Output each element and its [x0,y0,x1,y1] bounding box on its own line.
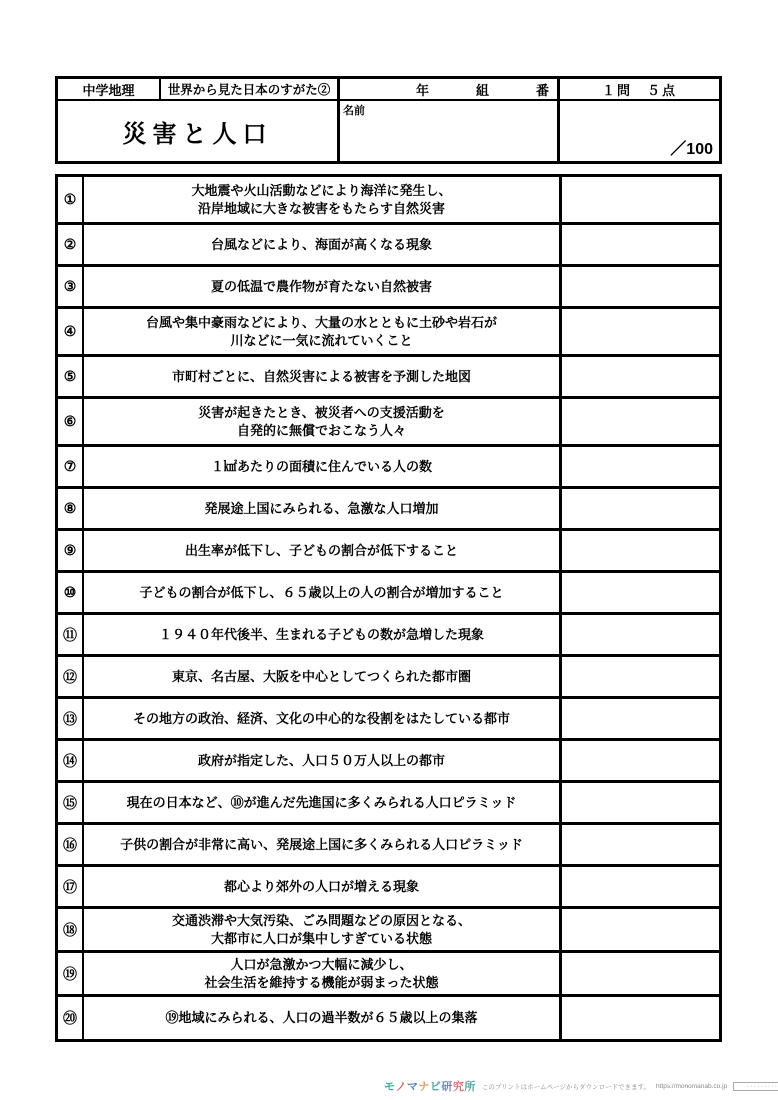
question-row: ⑦ １㎢あたりの面積に住んでいる人の数 [58,447,719,489]
question-text-line: 政府が指定した、人口５０万人以上の都市 [198,752,445,770]
answer-cell[interactable] [562,447,719,486]
answer-cell[interactable] [562,489,719,528]
question-number: ⑦ [58,447,84,486]
question-text: 夏の低温で農作物が育たない自然被害 [84,267,562,306]
header-bottom-row: 災害と人口 名前 ／100 [58,101,719,161]
footer-content: モノマナビ研究所 このプリントはホームページからダウンロードできます。 http… [384,1078,778,1094]
question-text: 災害が起きたとき、被災者への支援活動を自発的に無償でおこなう人々 [84,399,562,444]
page-footer: モノマナビ研究所 このプリントはホームページからダウンロードできます。 http… [0,1078,778,1098]
question-text: 子供の割合が非常に高い、発展途上国に多くみられる人口ピラミッド [84,825,562,864]
answer-cell[interactable] [562,399,719,444]
question-text-line: 市町村ごとに、自然災害による被害を予測した地図 [172,368,471,386]
answer-cell[interactable] [562,615,719,654]
question-number: ⑪ [58,615,84,654]
answer-cell[interactable] [562,531,719,570]
question-row: ⑧ 発展途上国にみられる、急激な人口増加 [58,489,719,531]
publisher-logo-char: マ [407,1081,419,1093]
questions-table-body: ① 大地震や火山活動などにより海洋に発生し、沿岸地域に大きな被害をもたらす自然災… [58,177,719,1039]
question-text: その地方の政治、経済、文化の中心的な役割をはたしている都市 [84,699,562,738]
question-number: ⑬ [58,699,84,738]
questions-table: ① 大地震や火山活動などにより海洋に発生し、沿岸地域に大きな被害をもたらす自然災… [55,174,722,1042]
answer-cell[interactable] [562,699,719,738]
question-number: ⑫ [58,657,84,696]
subject-label: 中学地理 [58,79,161,99]
question-row: ⑩ 子どもの割合が低下し、６５歳以上の人の割合が増加すること [58,573,719,615]
question-text-line: ⑲地域にみられる、人口の過半数が６５歳以上の集落 [165,1009,477,1027]
question-text: 交通渋滞や大気汚染、ごみ問題などの原因となる、大都市に人口が集中しすぎている状態 [84,909,562,950]
footer-note: このプリントはホームページからダウンロードできます。 [482,1082,650,1091]
question-number: ⑭ [58,741,84,780]
question-text-line: 社会生活を維持する機能が弱まった状態 [204,974,438,992]
question-row: ⑨ 出生率が低下し、子どもの割合が低下すること [58,531,719,573]
worksheet-title: 災害と人口 [58,101,340,161]
question-text: 人口が急激かつ大幅に減少し、社会生活を維持する機能が弱まった状態 [84,953,562,994]
answer-cell[interactable] [562,573,719,612]
question-text: ⑲地域にみられる、人口の過半数が６５歳以上の集落 [84,997,562,1039]
question-text-line: 人口が急激かつ大幅に減少し、 [230,956,412,974]
publisher-logo-char: 所 [464,1081,476,1093]
question-number: ⑧ [58,489,84,528]
unit-label: 世界から見た日本のすがた② [161,79,340,99]
answer-cell[interactable] [562,309,719,354]
question-text-line: 災害が起きたとき、被災者への支援活動を [198,404,444,422]
question-row: ① 大地震や火山活動などにより海洋に発生し、沿岸地域に大きな被害をもたらす自然災… [58,177,719,225]
question-text-line: 東京、名古屋、大阪を中心としてつくられた都市圏 [172,668,471,686]
question-number: ⑳ [58,997,84,1039]
question-number: ① [58,177,84,222]
question-row: ③ 夏の低温で農作物が育たない自然被害 [58,267,719,309]
answer-cell[interactable] [562,825,719,864]
header-top-row: 中学地理 世界から見た日本のすがた② 年 組 番 １問 ５点 [58,79,719,101]
question-number: ⑨ [58,531,84,570]
publisher-logo: モノマナビ研究所 [384,1078,476,1094]
answer-cell[interactable] [562,267,719,306]
question-number: ⑥ [58,399,84,444]
publisher-logo-char: ナ [418,1081,430,1093]
question-row: ⑳ ⑲地域にみられる、人口の過半数が６５歳以上の集落 [58,997,719,1039]
answer-cell[interactable] [562,953,719,994]
question-text-line: 台風や集中豪雨などにより、大量の水とともに土砂や岩石が [146,314,497,332]
question-text: 現在の日本など、⑩が進んだ先進国に多くみられる人口ピラミッド [84,783,562,822]
question-text-line: 出生率が低下し、子どもの割合が低下すること [185,542,458,560]
question-row: ④ 台風や集中豪雨などにより、大量の水とともに土砂や岩石が川などに一気に流れてい… [58,309,719,357]
answer-cell[interactable] [562,357,719,396]
question-text-line: 台風などにより、海面が高くなる現象 [211,236,432,254]
name-label: 名前 [343,102,365,118]
points-label: １問 ５点 [560,79,719,99]
question-number: ③ [58,267,84,306]
publisher-logo-char: モ [384,1081,395,1093]
publisher-logo-char: ビ [430,1081,442,1093]
question-number: ⑩ [58,573,84,612]
question-text: 都心より郊外の人口が増える現象 [84,867,562,906]
question-text: １９４０年代後半、生まれる子どもの数が急増した現象 [84,615,562,654]
question-text: １㎢あたりの面積に住んでいる人の数 [84,447,562,486]
question-text: 発展途上国にみられる、急激な人口増加 [84,489,562,528]
answer-cell[interactable] [562,909,719,950]
question-text-line: 自発的に無償でおこなう人々 [237,422,406,440]
question-text-line: １㎢あたりの面積に住んでいる人の数 [211,458,432,476]
question-text-line: 都心より郊外の人口が増える現象 [224,878,419,896]
question-text: 台風などにより、海面が高くなる現象 [84,225,562,264]
question-text-line: 現在の日本など、⑩が進んだ先進国に多くみられる人口ピラミッド [127,794,517,812]
question-number: ⑯ [58,825,84,864]
question-text-line: 川などに一気に流れていくこと [230,332,412,350]
question-number: ⑱ [58,909,84,950]
question-text-line: 夏の低温で農作物が育たない自然被害 [211,278,432,296]
question-text: 出生率が低下し、子どもの割合が低下すること [84,531,562,570]
worksheet-page: 中学地理 世界から見た日本のすがた② 年 組 番 １問 ５点 災害と人口 名前 … [0,0,778,1100]
question-text-line: 子どもの割合が低下し、６５歳以上の人の割合が増加すること [139,584,503,602]
question-row: ⑬ その地方の政治、経済、文化の中心的な役割をはたしている都市 [58,699,719,741]
question-text-line: １９４０年代後半、生まれる子どもの数が急増した現象 [159,626,484,644]
answer-cell[interactable] [562,177,719,222]
question-text: 政府が指定した、人口５０万人以上の都市 [84,741,562,780]
question-text: 台風や集中豪雨などにより、大量の水とともに土砂や岩石が川などに一気に流れていくこ… [84,309,562,354]
question-number: ⑰ [58,867,84,906]
publisher-logo-char: ノ [395,1081,407,1093]
question-text-line: その地方の政治、経済、文化の中心的な役割をはたしている都市 [133,710,510,728]
question-row: ⑫ 東京、名古屋、大阪を中心としてつくられた都市圏 [58,657,719,699]
answer-cell[interactable] [562,225,719,264]
answer-cell[interactable] [562,997,719,1039]
question-text-line: 沿岸地域に大きな被害をもたらす自然災害 [198,200,445,218]
question-text-line: 大地震や火山活動などにより海洋に発生し、 [191,182,451,200]
year-class-number-label: 年 組 番 [340,79,560,99]
footer-url: https://monomanab.co.jp [656,1083,727,1090]
question-text: 子どもの割合が低下し、６５歳以上の人の割合が増加すること [84,573,562,612]
question-text: 大地震や火山活動などにより海洋に発生し、沿岸地域に大きな被害をもたらす自然災害 [84,177,562,222]
question-row: ⑯ 子供の割合が非常に高い、発展途上国に多くみられる人口ピラミッド [58,825,719,867]
answer-cell[interactable] [562,867,719,906]
question-number: ② [58,225,84,264]
question-row: ⑱ 交通渋滞や大気汚染、ごみ問題などの原因となる、大都市に人口が集中しすぎている… [58,909,719,953]
question-row: ② 台風などにより、海面が高くなる現象 [58,225,719,267]
question-text-line: 大都市に人口が集中しすぎている状態 [211,930,432,948]
question-row: ⑭ 政府が指定した、人口５０万人以上の都市 [58,741,719,783]
publisher-logo-char: 研 [441,1081,453,1093]
question-row: ⑲ 人口が急激かつ大幅に減少し、社会生活を維持する機能が弱まった状態 [58,953,719,997]
question-text-line: 子供の割合が非常に高い、発展途上国に多くみられる人口ピラミッド [120,836,523,854]
question-text: 市町村ごとに、自然災害による被害を予測した地図 [84,357,562,396]
question-text: 東京、名古屋、大阪を中心としてつくられた都市圏 [84,657,562,696]
question-text-line: 交通渋滞や大気汚染、ごみ問題などの原因となる、 [172,912,471,930]
question-row: ⑪ １９４０年代後半、生まれる子どもの数が急増した現象 [58,615,719,657]
question-row: ⑥ 災害が起きたとき、被災者への支援活動を自発的に無償でおこなう人々 [58,399,719,447]
answer-cell[interactable] [562,657,719,696]
score-denominator: ／100 [670,136,713,159]
answer-cell[interactable] [562,783,719,822]
footer-search-box: ･･････････ [733,1082,778,1091]
question-row: ⑮ 現在の日本など、⑩が進んだ先進国に多くみられる人口ピラミッド [58,783,719,825]
question-number: ⑲ [58,953,84,994]
answer-cell[interactable] [562,741,719,780]
question-text-line: 発展途上国にみられる、急激な人口増加 [204,500,438,518]
score-box: ／100 [560,101,719,161]
question-number: ⑤ [58,357,84,396]
question-number: ⑮ [58,783,84,822]
question-row: ⑰ 都心より郊外の人口が増える現象 [58,867,719,909]
publisher-logo-char: 究 [453,1081,465,1093]
name-field[interactable]: 名前 [340,101,560,161]
question-number: ④ [58,309,84,354]
question-row: ⑤ 市町村ごとに、自然災害による被害を予測した地図 [58,357,719,399]
worksheet-header: 中学地理 世界から見た日本のすがた② 年 組 番 １問 ５点 災害と人口 名前 … [55,76,722,164]
